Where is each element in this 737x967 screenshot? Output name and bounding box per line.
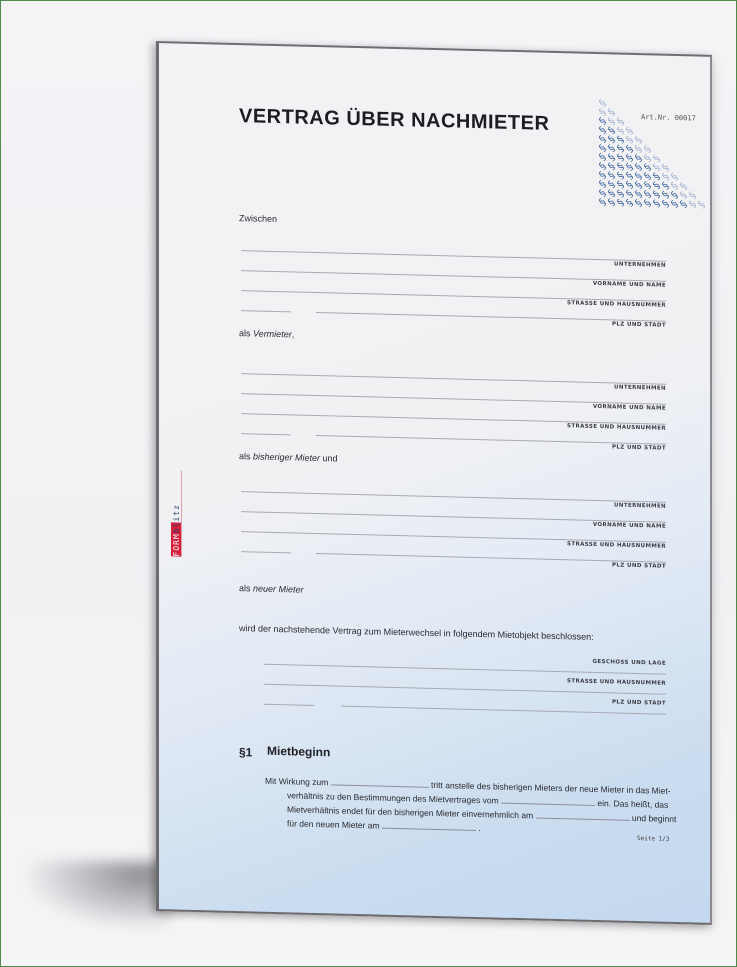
field-label: GESCHOSS UND LAGE: [459, 656, 666, 667]
logo-blitz-text: blitz: [172, 504, 181, 533]
document-page: VERTRAG ÜBER NACHMIETER §§§§§§§§§§§§§§§§…: [156, 41, 712, 925]
strasse-und-hausnummer-field[interactable]: [241, 290, 666, 302]
section1-line4: für den neuen Mieter am .: [287, 818, 481, 833]
party-role: als bisheriger Mieter und: [239, 451, 338, 463]
formblitz-logo: FORMblitz: [171, 476, 181, 556]
lease-date-field[interactable]: [501, 796, 595, 806]
article-number: Art.Nr. 00017: [641, 113, 696, 122]
unternehmen-field[interactable]: [241, 373, 666, 385]
vorname-und-name-field[interactable]: [241, 511, 666, 523]
zip-field[interactable]: [241, 310, 291, 312]
effective-date-field[interactable]: [331, 777, 429, 787]
object-zip-field[interactable]: [264, 704, 314, 706]
vorname-und-name-field[interactable]: [241, 393, 666, 405]
object-intro-text: wird der nachstehende Vertrag zum Mieter…: [239, 623, 594, 642]
object-strasse-und-hausnummer-field[interactable]: [264, 684, 666, 695]
section-heading: Mietbeginn: [267, 744, 330, 760]
object-geschoss-und-lage-field[interactable]: [264, 664, 666, 675]
logo-form-text: FORM: [172, 533, 181, 556]
zip-field[interactable]: [241, 433, 291, 435]
vorname-und-name-field[interactable]: [241, 270, 666, 282]
intro-text: Zwischen: [239, 213, 277, 224]
end-date-field[interactable]: [536, 810, 630, 820]
svg-text:§: §: [696, 199, 707, 210]
unternehmen-field[interactable]: [241, 491, 666, 503]
strasse-und-hausnummer-field[interactable]: [241, 413, 666, 425]
strasse-und-hausnummer-field[interactable]: [241, 531, 666, 543]
page-number: Seite 1/3: [637, 835, 670, 843]
unternehmen-field[interactable]: [241, 250, 666, 262]
zip-field[interactable]: [241, 551, 291, 553]
start-date-field[interactable]: [382, 821, 476, 831]
field-label: PLZ UND STADT: [459, 696, 666, 707]
object-city-field[interactable]: [341, 706, 666, 715]
party-role: als neuer Mieter: [239, 583, 304, 595]
page-shadow: [21, 861, 171, 931]
party-role: als Vermieter,: [239, 328, 294, 339]
field-label: STRASSE UND HAUSNUMMER: [459, 676, 666, 687]
document-title: VERTRAG ÜBER NACHMIETER: [239, 105, 549, 136]
section-number: §1: [239, 745, 252, 759]
